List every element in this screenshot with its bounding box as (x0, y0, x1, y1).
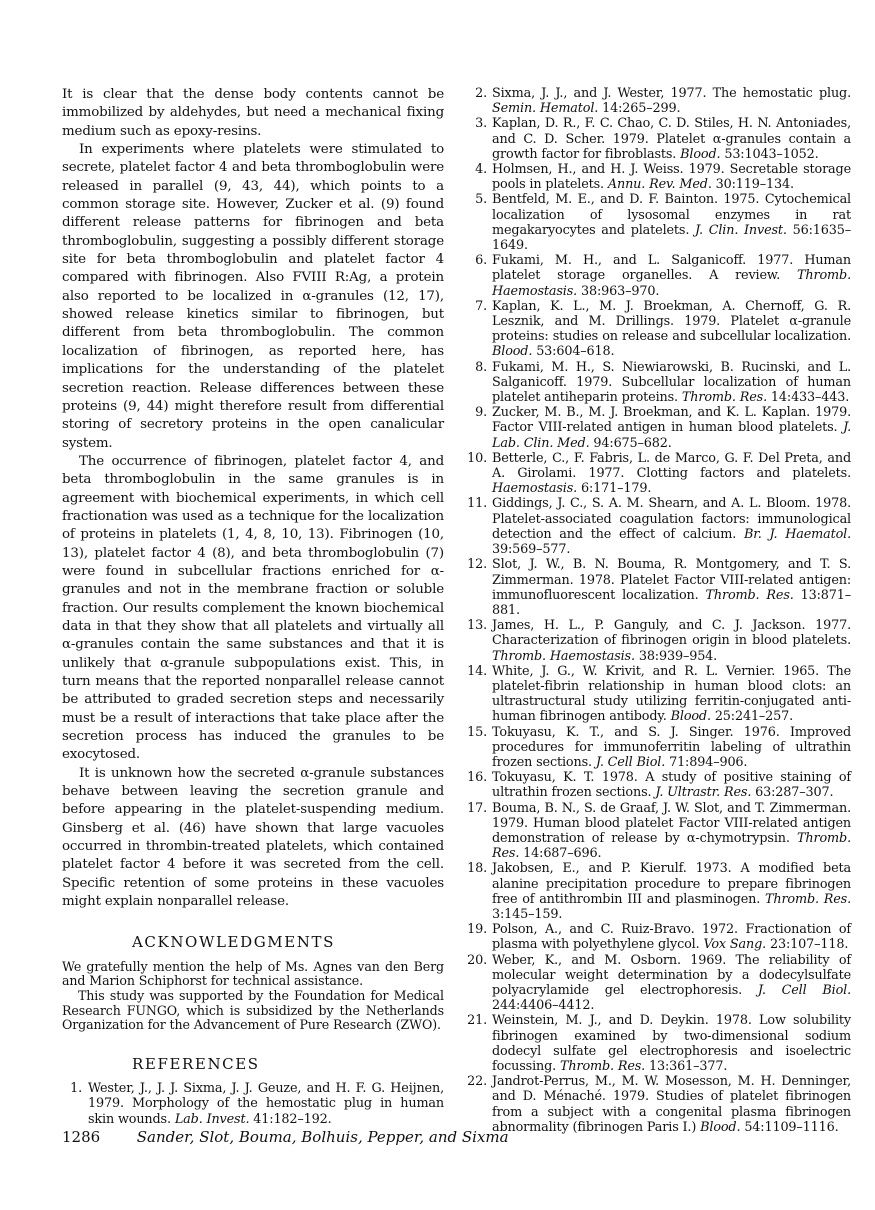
reference-journal: J. Clin. Invest. (695, 223, 787, 238)
reference-citation: 14:687–696. (523, 846, 601, 861)
reference-item: 17.Bouma, B. N., S. de Graaf, J. W. Slot… (466, 801, 851, 862)
reference-journal: Blood. (671, 709, 711, 724)
reference-number: 12. (466, 557, 487, 572)
reference-journal: Vox Sang. (703, 937, 766, 952)
reference-number: 19. (466, 922, 487, 937)
reference-journal: Blood. (680, 147, 720, 162)
reference-item: 5.Bentfeld, M. E., and D. F. Bainton. 19… (466, 192, 851, 253)
reference-citation: 71:894–906. (669, 755, 747, 770)
reference-journal: J. Cell Biol. (758, 983, 851, 998)
reference-item: 4.Holmsen, H., and H. J. Weiss. 1979. Se… (466, 162, 851, 192)
body-paragraph: It is clear that the dense body contents… (62, 86, 444, 141)
references-list-left: 1. Wester, J., J. J. Sixma, J. J. Geuze,… (62, 1081, 444, 1127)
reference-citation: 6:171–179. (581, 481, 651, 496)
reference-text: Zucker, M. B., M. J. Broekman, and K. L.… (492, 405, 851, 435)
reference-number: 6. (466, 253, 487, 268)
running-authors: Sander, Slot, Bouma, Bolhuis, Pepper, an… (137, 1128, 509, 1146)
reference-item: 22.Jandrot-Perrus, M., M. W. Mosesson, M… (466, 1074, 851, 1135)
reference-item: 14.White, J. G., W. Krivit, and R. L. Ve… (466, 664, 851, 725)
page-number: 1286 (62, 1128, 132, 1146)
reference-number: 2. (466, 86, 487, 101)
reference-number: 10. (466, 451, 487, 466)
reference-text: Kaplan, K. L., M. J. Broekman, A. Cherno… (492, 299, 851, 344)
reference-citation: 38:963–970. (581, 284, 659, 299)
reference-item: 11.Giddings, J. C., S. A. M. Shearn, and… (466, 496, 851, 557)
reference-number: 14. (466, 664, 487, 679)
reference-item: 3.Kaplan, D. R., F. C. Chao, C. D. Stile… (466, 116, 851, 162)
reference-item: 10.Betterle, C., F. Fabris, L. de Marco,… (466, 451, 851, 497)
reference-number: 20. (466, 953, 487, 968)
reference-journal: J. Cell Biol. (596, 755, 665, 770)
reference-journal: Thromb. Res. (560, 1059, 645, 1074)
reference-item: 9.Zucker, M. B., M. J. Broekman, and K. … (466, 405, 851, 451)
reference-citation: 3:145–159. (492, 907, 562, 922)
reference-item: 21.Weinstein, M. J., and D. Deykin. 1978… (466, 1013, 851, 1074)
references-heading: REFERENCES (62, 1055, 444, 1073)
reference-citation: 30:119–134. (716, 177, 794, 192)
reference-number: 3. (466, 116, 487, 131)
reference-journal: Thromb. Res. (682, 390, 767, 405)
reference-journal: Annu. Rev. Med. (608, 177, 712, 192)
reference-text: Sixma, J. J., and J. Wester, 1977. The h… (492, 86, 851, 101)
right-column: 2.Sixma, J. J., and J. Wester, 1977. The… (466, 86, 851, 1135)
reference-number: 18. (466, 861, 487, 876)
reference-journal: Br. J. Haematol. (744, 527, 851, 542)
reference-item: 20.Weber, K., and M. Osborn. 1969. The r… (466, 953, 851, 1014)
reference-journal: Thromb. Haemostasis. (492, 649, 635, 664)
reference-citation: 244:4406–4412. (492, 998, 594, 1013)
body-paragraph: In experiments where platelets were stim… (62, 141, 444, 453)
acknowledgments-paragraph: We gratefully mention the help of Ms. Ag… (62, 960, 444, 989)
body-paragraph: The occurrence of fibrinogen, platelet f… (62, 453, 444, 765)
reference-number: 13. (466, 618, 487, 633)
reference-citation: 39:569–577. (492, 542, 570, 557)
reference-citation: 54:1109–1116. (744, 1120, 838, 1135)
reference-item: 8.Fukami, M. H., S. Niewiarowski, B. Ruc… (466, 360, 851, 406)
reference-citation: 38:939–954. (639, 649, 717, 664)
reference-item: 19.Polson, A., and C. Ruiz-Bravo. 1972. … (466, 922, 851, 952)
reference-item: 12.Slot, J. W., B. N. Bouma, R. Montgome… (466, 557, 851, 618)
body-paragraph: It is unknown how the secreted α-granule… (62, 765, 444, 912)
reference-journal: Semin. Hematol. (492, 101, 598, 116)
reference-citation: 53:1043–1052. (724, 147, 818, 162)
reference-text: James, H. L., P. Ganguly, and C. J. Jack… (492, 618, 851, 648)
reference-citation: 53:604–618. (536, 344, 614, 359)
reference-item: 2.Sixma, J. J., and J. Wester, 1977. The… (466, 86, 851, 116)
reference-text: Slot, J. W., B. N. Bouma, R. Montgomery,… (492, 557, 851, 602)
reference-citation: 14:265–299. (602, 101, 680, 116)
reference-item: 18.Jakobsen, E., and P. Kierulf. 1973. A… (466, 861, 851, 922)
reference-number: 4. (466, 162, 487, 177)
reference-text: Betterle, C., F. Fabris, L. de Marco, G.… (492, 451, 851, 481)
reference-item: 13.James, H. L., P. Ganguly, and C. J. J… (466, 618, 851, 664)
reference-citation: 13:361–377. (649, 1059, 727, 1074)
reference-number: 21. (466, 1013, 487, 1028)
reference-number: 17. (466, 801, 487, 816)
page-footer: 1286 Sander, Slot, Bouma, Bolhuis, Peppe… (62, 1128, 509, 1146)
reference-number: 22. (466, 1074, 487, 1089)
reference-journal: Lab. Invest. (175, 1112, 250, 1127)
reference-citation: 14:433–443. (771, 390, 849, 405)
reference-citation: 25:241–257. (715, 709, 793, 724)
reference-journal: Thromb. Res. (765, 892, 851, 907)
reference-number: 5. (466, 192, 487, 207)
reference-number: 8. (466, 360, 487, 375)
reference-item: 15.Tokuyasu, K. T., and S. J. Singer. 19… (466, 725, 851, 771)
reference-number: 15. (466, 725, 487, 740)
reference-number: 16. (466, 770, 487, 785)
acknowledgments-section: We gratefully mention the help of Ms. Ag… (62, 960, 444, 1033)
reference-citation: 63:287–307. (755, 785, 833, 800)
left-column: It is clear that the dense body contents… (62, 86, 444, 1127)
reference-journal: Thromb. Res. (706, 588, 794, 603)
reference-item: 16.Tokuyasu, K. T. 1978. A study of posi… (466, 770, 851, 800)
references-list-right: 2.Sixma, J. J., and J. Wester, 1977. The… (466, 86, 851, 1135)
reference-number: 7. (466, 299, 487, 314)
reference-journal: Haemostasis. (492, 481, 577, 496)
reference-number: 9. (466, 405, 487, 420)
reference-journal: Blood. (700, 1120, 740, 1135)
reference-number: 11. (466, 496, 487, 511)
reference-citation: 94:675–682. (593, 436, 671, 451)
reference-journal: J. Ultrastr. Res. (655, 785, 751, 800)
reference-journal: Blood. (492, 344, 532, 359)
reference-item: 6.Fukami, M. H., and L. Salganicoff. 197… (466, 253, 851, 299)
reference-citation: 23:107–118. (770, 937, 848, 952)
reference-citation: 41:182–192. (253, 1112, 331, 1127)
reference-item: 7.Kaplan, K. L., M. J. Broekman, A. Cher… (466, 299, 851, 360)
acknowledgments-paragraph: This study was supported by the Foundati… (62, 989, 444, 1033)
reference-number: 1. (62, 1081, 82, 1096)
reference-item: 1. Wester, J., J. J. Sixma, J. J. Geuze,… (62, 1081, 444, 1127)
acknowledgments-heading: ACKNOWLEDGMENTS (62, 933, 444, 951)
